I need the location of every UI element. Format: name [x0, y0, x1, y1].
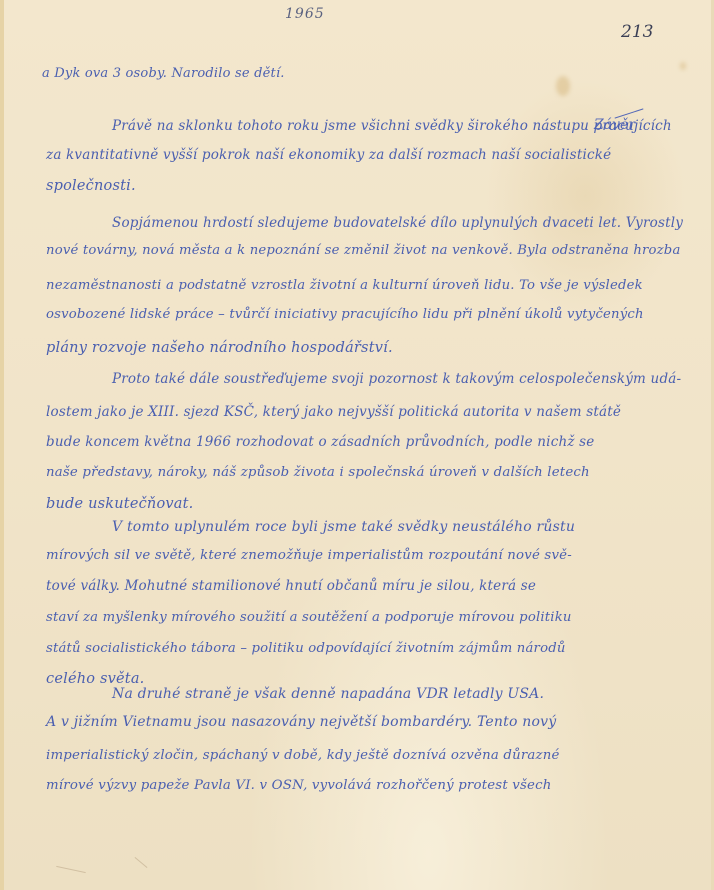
- text-line: tové války. Mohutné stamilionové hnutí o…: [46, 578, 536, 594]
- text-line: nové továrny, nová města a k nepoznání s…: [46, 243, 681, 258]
- text-line: nezaměstnanosti a podstatně vzrostla živ…: [46, 278, 643, 293]
- paper-crease: [56, 866, 86, 873]
- document-page: 1965 213 Závěr a Dyk ova 3 osoby. Narodi…: [0, 0, 714, 890]
- text-line: V tomto uplynulém roce byli jsme také sv…: [112, 519, 575, 535]
- page-number: 213: [621, 22, 653, 42]
- text-line: mírových sil ve světě, které znemožňuje …: [46, 548, 572, 563]
- paper-stain: [556, 76, 570, 96]
- text-line: naše představy, nároky, náš způsob život…: [46, 465, 590, 480]
- text-line: staví za myšlenky mírového soužití a sou…: [46, 610, 572, 625]
- text-line: společnosti.: [46, 178, 136, 194]
- text-line: Proto také dále soustřeďujeme svoji pozo…: [112, 371, 681, 387]
- text-line: osvobozené lidské práce – tvůrčí iniciat…: [46, 307, 644, 322]
- year-heading: 1965: [285, 6, 325, 22]
- text-line: Sopjámenou hrdostí sledujeme budovatelsk…: [112, 215, 683, 231]
- text-line: států socialistického tábora – politiku …: [46, 641, 566, 656]
- paper-crease: [135, 857, 148, 868]
- text-line: Na druhé straně je však denně napadána V…: [112, 686, 544, 702]
- paper-stain: [680, 62, 686, 70]
- text-line: Právě na sklonku tohoto roku jsme všichn…: [112, 118, 672, 134]
- text-line: a Dyk ova 3 osoby. Narodilo se dětí.: [42, 66, 285, 81]
- text-line: lostem jako je XIII. sjezd KSČ, který ja…: [46, 404, 621, 420]
- text-line: bude uskutečňovat.: [46, 496, 193, 512]
- text-line: imperialistický zločin, spáchaný v době,…: [46, 748, 560, 763]
- text-line: A v jižním Vietnamu jsou nasazovány nejv…: [46, 714, 556, 730]
- text-line: bude koncem května 1966 rozhodovat o zás…: [46, 434, 594, 450]
- text-line: mírové výzvy papeže Pavla VI. v OSN, vyv…: [46, 778, 552, 793]
- text-line: za kvantitativně vyšší pokrok naší ekono…: [46, 147, 611, 163]
- text-line: celého světa.: [46, 671, 145, 687]
- text-line: plány rozvoje našeho národního hospodářs…: [46, 340, 393, 356]
